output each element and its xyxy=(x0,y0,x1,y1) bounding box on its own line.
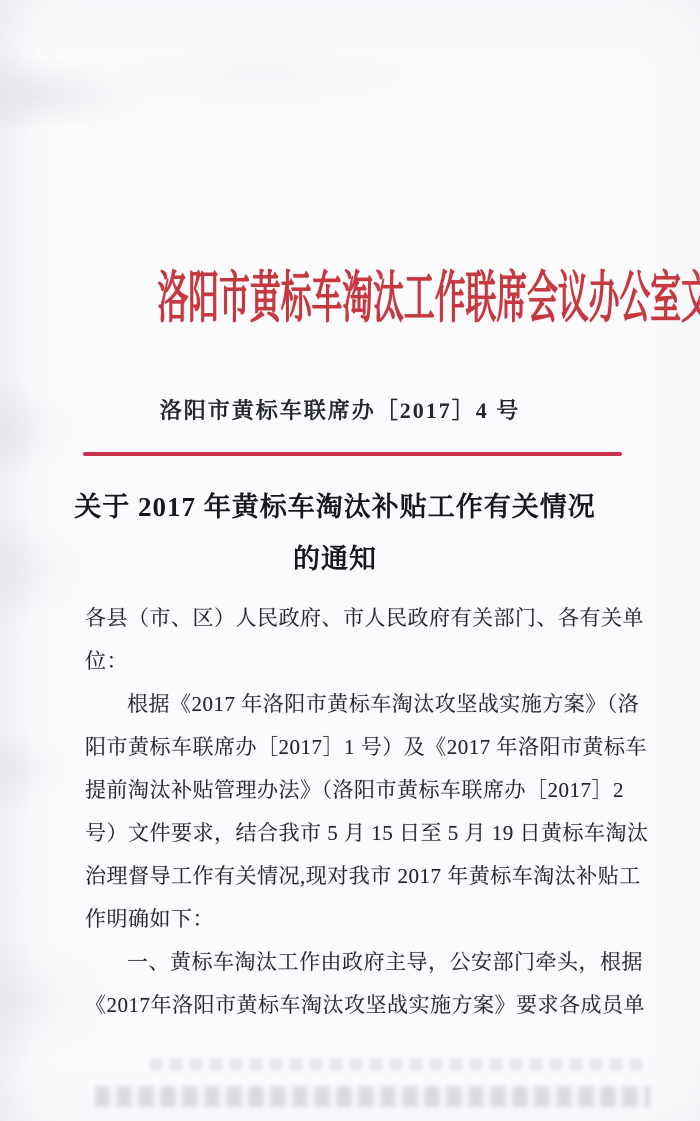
document-page: 洛阳市黄标车淘汰工作联席会议办公室文件 洛阳市黄标车联席办［2017］4 号 关… xyxy=(0,0,700,1121)
document-body: 各县（市、区）人民政府、市人民政府有关部门、各有关单 位： 根据《2017 年洛… xyxy=(85,597,617,1027)
body-line: 《2017年洛阳市黄标车淘汰攻坚战实施方案》要求各成员单 xyxy=(85,984,617,1027)
bleed-through-text xyxy=(150,1058,645,1071)
body-line: 作明确如下： xyxy=(85,898,617,941)
body-line: 阳市黄标车联席办［2017］1 号）及《2017 年洛阳市黄标车 xyxy=(85,726,617,769)
body-line: 位： xyxy=(85,640,617,683)
bleed-through-text xyxy=(95,1086,650,1107)
body-line: 一、黄标车淘汰工作由政府主导，公安部门牵头，根据 xyxy=(85,941,617,984)
document-number: 洛阳市黄标车联席办［2017］4 号 xyxy=(0,396,680,426)
red-separator-rule xyxy=(83,452,622,456)
body-line: 号）文件要求，结合我市 5 月 15 日至 5 月 19 日黄标车淘汰 xyxy=(85,812,617,855)
body-line: 根据《2017 年洛阳市黄标车淘汰攻坚战实施方案》（洛 xyxy=(85,683,617,726)
document-title-line2: 的通知 xyxy=(0,533,670,585)
body-line: 治理督导工作有关情况,现对我市 2017 年黄标车淘汰补贴工 xyxy=(85,855,617,898)
document-title: 关于 2017 年黄标车淘汰补贴工作有关情况 的通知 xyxy=(0,481,670,585)
document-title-line1: 关于 2017 年黄标车淘汰补贴工作有关情况 xyxy=(0,481,670,533)
body-line: 各县（市、区）人民政府、市人民政府有关部门、各有关单 xyxy=(85,597,617,640)
body-line: 提前淘汰补贴管理办法》（洛阳市黄标车联席办［2017］2 xyxy=(85,769,617,812)
document-header-title: 洛阳市黄标车淘汰工作联席会议办公室文件 xyxy=(158,268,543,334)
